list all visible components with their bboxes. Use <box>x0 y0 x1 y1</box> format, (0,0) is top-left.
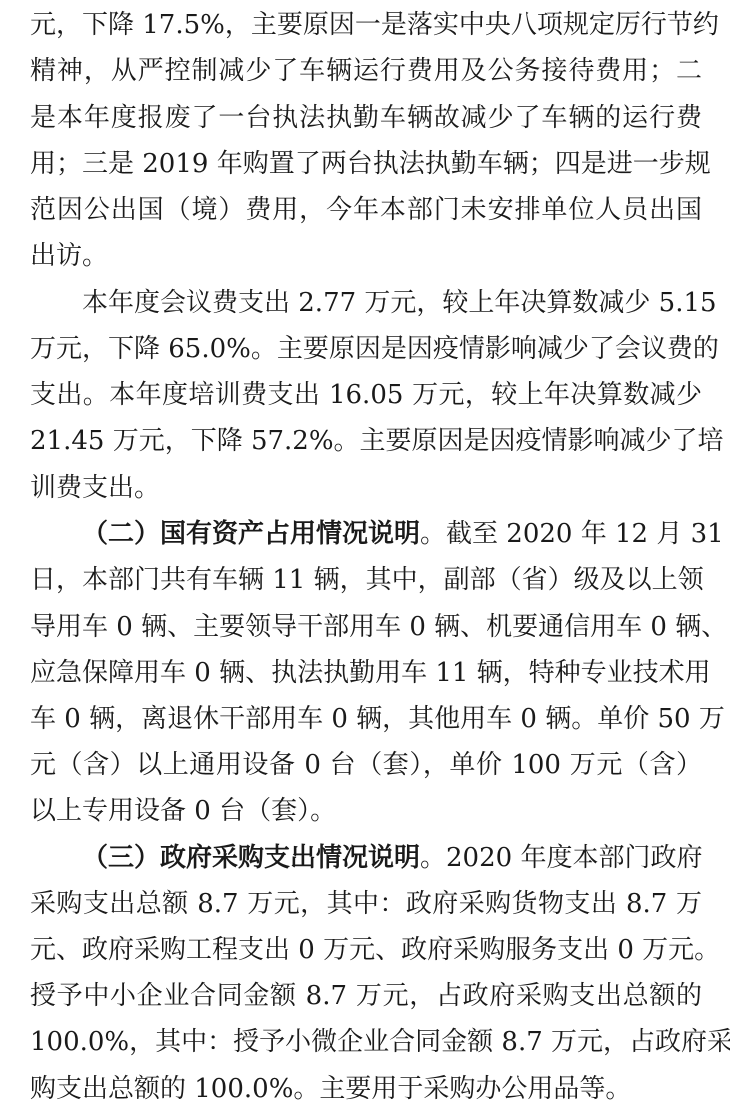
text-run: 。截至 2020 年 12 月 31 <box>420 519 724 549</box>
text-line: 应急保障用车 0 辆、执法执勤用车 11 辆，特种专业技术用 <box>30 650 702 696</box>
text-line: 支出。本年度培训费支出 16.05 万元，较上年决算数减少 <box>30 372 702 418</box>
section-heading: （二）国有资产占用情况说明 <box>82 519 420 549</box>
section-heading-line: （二）国有资产占用情况说明。截至 2020 年 12 月 31 <box>82 511 702 557</box>
text-line: 导用车 0 辆、主要领导干部用车 0 辆、机要通信用车 0 辆、 <box>30 604 702 650</box>
section-heading-line: （三）政府采购支出情况说明。2020 年度本部门政府 <box>82 835 702 881</box>
text-line: 以上专用设备 0 台（套）。 <box>30 788 702 834</box>
text-line: 范因公出国（境）费用，今年本部门未安排单位人员出国 <box>30 187 702 233</box>
text-line: 车 0 辆，离退休干部用车 0 辆，其他用车 0 辆。单价 50 万 <box>30 696 702 742</box>
text-line: 元，下降 17.5%，主要原因一是落实中央八项规定厉行节约 <box>30 2 702 48</box>
text-line: 采购支出总额 8.7 万元，其中：政府采购货物支出 8.7 万 <box>30 881 702 927</box>
document-page: 元，下降 17.5%，主要原因一是落实中央八项规定厉行节约 精神，从严控制减少了… <box>0 0 730 1112</box>
text-line: 训费支出。 <box>30 465 702 511</box>
text-line: 授予中小企业合同金额 8.7 万元，占政府采购支出总额的 <box>30 973 702 1019</box>
text-line: 用；三是 2019 年购置了两台执法执勤车辆；四是进一步规 <box>30 141 702 187</box>
text-line: 精神，从严控制减少了车辆运行费用及公务接待费用；二 <box>30 48 702 94</box>
text-line: 元（含）以上通用设备 0 台（套），单价 100 万元（含） <box>30 742 702 788</box>
text-line: 元、政府采购工程支出 0 万元、政府采购服务支出 0 万元。 <box>30 927 702 973</box>
text-line: 出访。 <box>30 233 702 279</box>
text-line: 本年度会议费支出 2.77 万元，较上年决算数减少 5.15 <box>82 280 702 326</box>
text-line: 购支出总额的 100.0%。主要用于采购办公用品等。 <box>30 1066 702 1112</box>
text-line: 日，本部门共有车辆 11 辆，其中，副部（省）级及以上领 <box>30 557 702 603</box>
text-run: 。2020 年度本部门政府 <box>420 843 702 873</box>
text-line: 是本年度报废了一台执法执勤车辆故减少了车辆的运行费 <box>30 95 702 141</box>
text-line: 万元，下降 65.0%。主要原因是因疫情影响减少了会议费的 <box>30 326 702 372</box>
section-heading: （三）政府采购支出情况说明 <box>82 843 420 873</box>
text-line: 100.0%，其中：授予小微企业合同金额 8.7 万元，占政府采 <box>30 1019 702 1065</box>
text-line: 21.45 万元，下降 57.2%。主要原因是因疫情影响减少了培 <box>30 418 702 464</box>
